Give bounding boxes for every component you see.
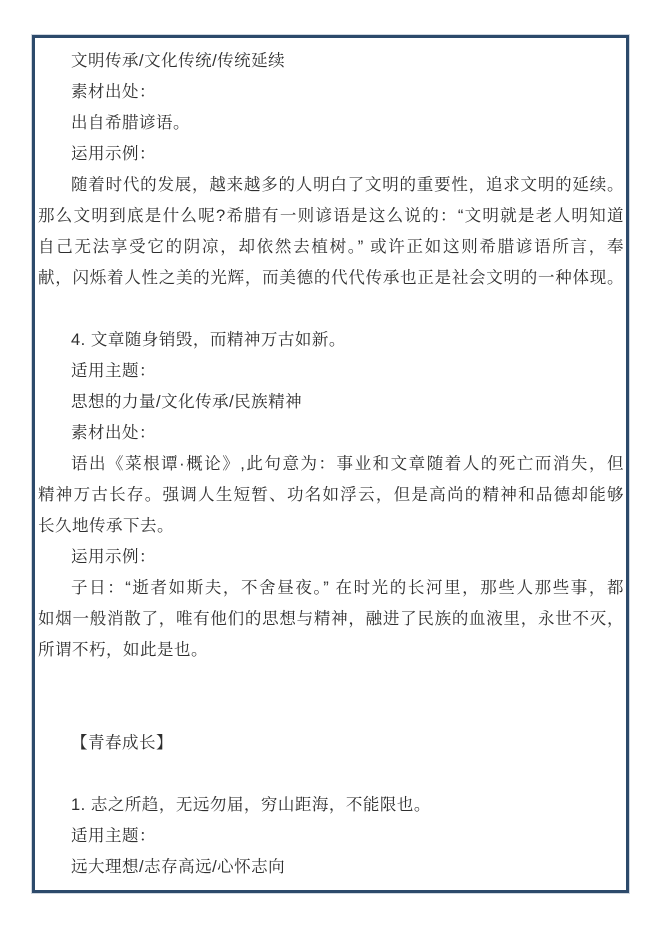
page-border-frame: 文明传承/文化传统/传统延续素材出处：出自希腊谚语。运用示例：随着时代的发展，越…	[32, 35, 629, 893]
text-line: 如烟一般消散了，唯有他们的思想与精神，融进了民族的血液里，永世不灭，	[38, 604, 624, 635]
text-line: 素材出处：	[38, 418, 624, 449]
text-line: 随着时代的发展，越来越多的人明白了文明的重要性，追求文明的延续。	[38, 170, 624, 201]
text-line: 远大理想/志存高远/心怀志向	[38, 852, 624, 883]
text-line: 适用主题：	[38, 821, 624, 852]
text-line: 素材出处：	[38, 77, 624, 108]
text-line: 思想的力量/文化传承/民族精神	[38, 387, 624, 418]
text-line: 适用主题：	[38, 356, 624, 387]
text-line: 献，闪烁着人性之美的光辉，而美德的代代传承也正是社会文明的一种体现。	[38, 263, 624, 294]
blank-line	[38, 294, 624, 325]
text-line: 运用示例：	[38, 139, 624, 170]
text-line: 所谓不朽，如此是也。	[38, 635, 624, 666]
text-line: 精神万古长存。强调人生短暂、功名如浮云，但是高尚的精神和品德却能够	[38, 480, 624, 511]
text-line: 语出《菜根谭·概论》,此句意为：事业和文章随着人的死亡而消失，但	[38, 449, 624, 480]
text-line: 那么文明到底是什么呢?希腊有一则谚语是这么说的：“文明就是老人明知道	[38, 201, 624, 232]
text-line: 自己无法享受它的阴凉，却依然去植树。” 或许正如这则希腊谚语所言，奉	[38, 232, 624, 263]
text-line: 子日：“逝者如斯夫，不舍昼夜。” 在时光的长河里，那些人那些事，都	[38, 573, 624, 604]
blank-line	[38, 697, 624, 728]
text-line: 文明传承/文化传统/传统延续	[38, 46, 624, 77]
text-line: 运用示例：	[38, 542, 624, 573]
blank-line	[38, 666, 624, 697]
blank-line	[38, 759, 624, 790]
text-line: 出自希腊谚语。	[38, 108, 624, 139]
text-line: 【青春成长】	[38, 728, 624, 759]
text-line: 1. 志之所趋，无远勿届，穷山距海，不能限也。	[38, 790, 624, 821]
text-line: 长久地传承下去。	[38, 511, 624, 542]
text-content: 文明传承/文化传统/传统延续素材出处：出自希腊谚语。运用示例：随着时代的发展，越…	[38, 46, 624, 883]
document-page: 文明传承/文化传统/传统延续素材出处：出自希腊谚语。运用示例：随着时代的发展，越…	[0, 0, 660, 934]
text-line: 4. 文章随身销毁，而精神万古如新。	[38, 325, 624, 356]
